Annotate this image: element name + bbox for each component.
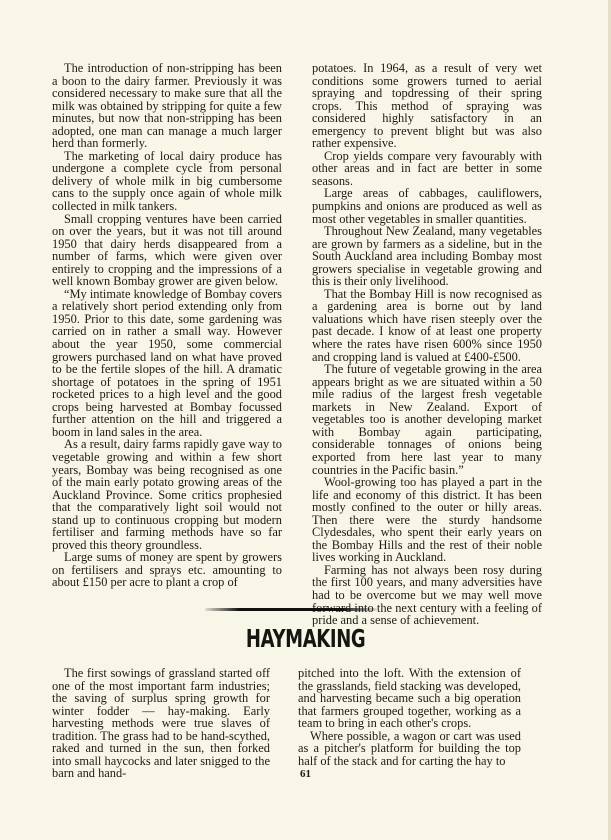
paragraph: The marketing of local dairy produce has… (52, 150, 282, 213)
paragraph: Large sums of money are spent by growers… (52, 551, 282, 589)
upper-left-column: The introduction of non-stripping has be… (52, 62, 282, 589)
paragraph: Where possible, a wagon or cart was used… (298, 730, 521, 768)
paragraph: “My intimate knowledge of Bombay covers … (52, 288, 282, 439)
paragraph: The introduction of non-stripping has be… (52, 62, 282, 150)
paragraph: That the Bombay Hill is now recognised a… (312, 288, 542, 363)
section-heading: HAYMAKING (86, 624, 526, 653)
paragraph: As a result, dairy farms rapidly gave wa… (52, 438, 282, 551)
page-number: 61 (0, 768, 611, 780)
paragraph: Farming has not always been rosy during … (312, 564, 542, 627)
paragraph: Small cropping ventures have been carrie… (52, 213, 282, 288)
haymaking-right-column: pitched into the loft. With the extensio… (298, 667, 521, 767)
section-divider (205, 608, 377, 611)
paragraph: Crop yields compare very favourably with… (312, 150, 542, 188)
paragraph: The future of vegetable growing in the a… (312, 363, 542, 476)
paragraph-continuation: potatoes. In 1964, as a result of very w… (312, 62, 542, 150)
paragraph: The first sowings of grassland started o… (52, 667, 270, 780)
haymaking-left-column: The first sowings of grassland started o… (52, 667, 270, 780)
paragraph-continuation: pitched into the loft. With the extensio… (298, 667, 521, 730)
upper-right-column: potatoes. In 1964, as a result of very w… (312, 62, 542, 627)
paragraph: Large areas of cabbages, cauliflowers, p… (312, 187, 542, 225)
paragraph: Wool-growing too has played a part in th… (312, 476, 542, 564)
paragraph: Throughout New Zealand, many vegetables … (312, 225, 542, 288)
